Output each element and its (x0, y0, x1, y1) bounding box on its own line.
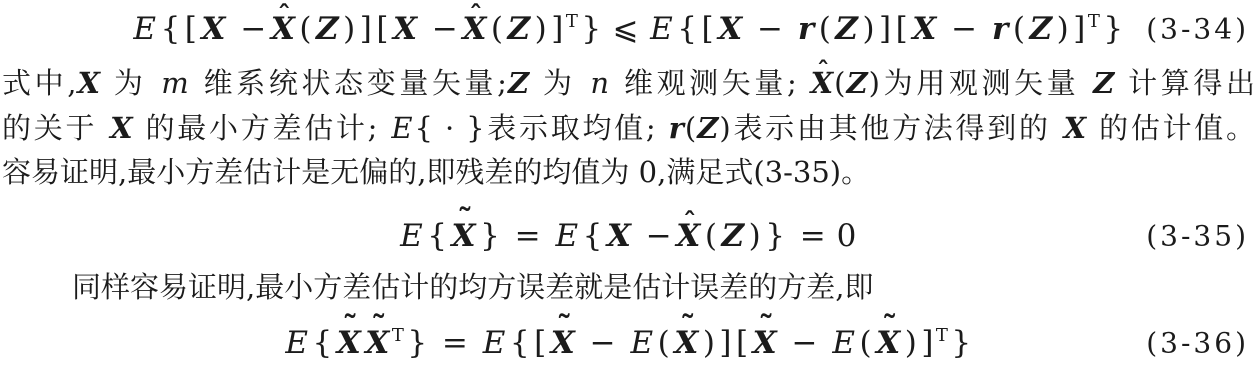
equation-3-35: E{˜X} = E{X −ˆX(Z)} = 0 (398, 218, 859, 254)
equation-number-3-35: (3-35) (1146, 220, 1249, 253)
equation-number-3-36: (3-36) (1146, 327, 1249, 360)
display-equation-3-34: E{[X −ˆX(Z)][X −ˆX(Z)]T}⩽E{[X − r(Z)][X … (0, 0, 1257, 58)
equation-number-3-34: (3-34) (1146, 13, 1249, 46)
body-text-line-2: 的关于 X 的最小方差估计; E{ · }表示取均值; r(Z)表示由其他方法得… (0, 105, 1257, 151)
tilde-accented-variable: ˜X (672, 328, 701, 359)
tilde-accented-variable: ˜X (751, 328, 780, 359)
tilde-accented-variable: ˜X (450, 221, 479, 252)
tilde-accented-variable: ˜X (549, 328, 578, 359)
hat-accented-variable: ˆX (460, 14, 489, 45)
tilde-accented-variable: ˜X (335, 328, 364, 359)
equation-3-36: E{˜X˜XT} = E{[˜X − E(˜X)][˜X − E(˜X)]T} (283, 325, 973, 361)
textbook-page: E{[X −ˆX(Z)][X −ˆX(Z)]T}⩽E{[X − r(Z)][X … (0, 0, 1257, 374)
hat-accented-variable: ˆX (269, 14, 298, 45)
tilde-accented-variable: ˜X (874, 328, 903, 359)
display-equation-3-36: E{˜X˜XT} = E{[˜X − E(˜X)][˜X − E(˜X)]T} … (0, 312, 1257, 374)
body-text-line-1: 式中,X 为 m 维系统状态变量矢量;Z 为 n 维观测矢量; ˆX(Z)为用观… (0, 60, 1257, 106)
hat-accented-variable: ˆX (810, 69, 835, 98)
body-text-line-4: 同样容易证明,最小方差估计的均方误差就是估计误差的方差,即 (0, 264, 1257, 310)
equation-3-34: E{[X −ˆX(Z)][X −ˆX(Z)]T}⩽E{[X − r(Z)][X … (131, 11, 1125, 47)
display-equation-3-35: E{˜X} = E{X −ˆX(Z)} = 0 (3-35) (0, 204, 1257, 268)
hat-accented-variable: ˆX (674, 221, 703, 252)
body-text-line-3: 容易证明,最小方差估计是无偏的,即残差的均值为 0,满足式(3-35)。 (0, 149, 1257, 195)
tilde-accented-variable: ˜X (363, 328, 392, 359)
